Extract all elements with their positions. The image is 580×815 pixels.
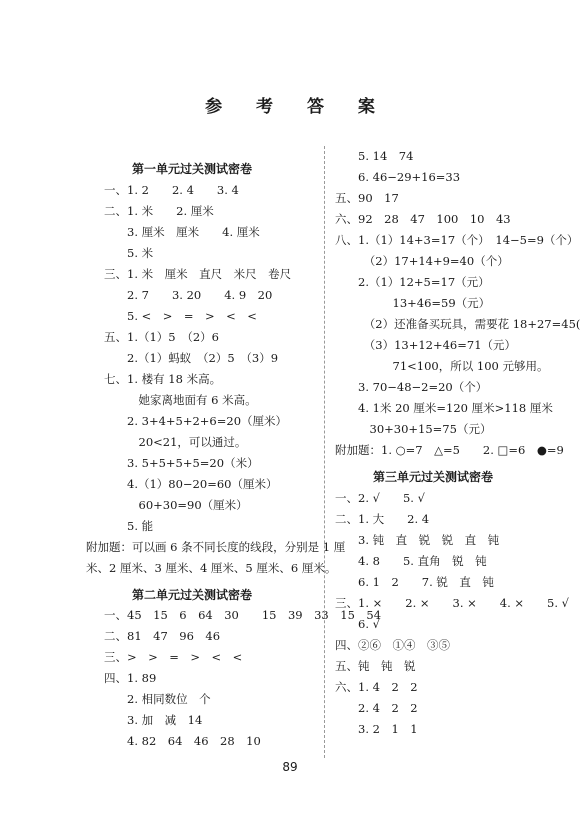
answer-line: 五、90 17 — [335, 191, 399, 205]
answer-line: 3. 5+5+5+5=20（米） — [104, 456, 259, 470]
answer-line: 4.（1）80−20=60（厘米） — [104, 477, 277, 491]
answer-line: 2. 4 2 2 — [335, 701, 418, 715]
answer-line: 四、②⑥ ①④ ③⑤ — [335, 638, 450, 652]
answer-line: 二、1. 大 2. 4 — [335, 512, 429, 526]
answer-line: 6. 1 2 7. 锐 直 钝 — [335, 575, 494, 589]
answer-line: 4. 82 64 46 28 10 — [104, 734, 261, 748]
answer-line: 2.（1）蚂蚁 （2）5 （3）9 — [104, 351, 278, 365]
answer-line: 五、钝 钝 锐 — [335, 659, 416, 673]
answer-line: 一、2. √ 5. √ — [335, 491, 425, 505]
answer-line: 三、> > = > < < — [104, 650, 242, 664]
answer-line: （2）还准备买玩具，需要花 18+27=45(元)。 — [335, 317, 580, 331]
answer-line: 4. 1米 20 厘米=120 厘米>118 厘米 — [335, 401, 553, 415]
answer-line: 八、1.（1）14+3=17（个） 14−5=9（个） — [335, 233, 578, 247]
answer-line: 一、1. 2 2. 4 3. 4 — [104, 183, 239, 197]
answer-line: （3）13+12+46=71（元） — [335, 338, 516, 352]
answer-line: 附加题：可以画 6 条不同长度的线段，分别是 1 厘 — [86, 540, 345, 554]
answer-line: 她家离地面有 6 米高。 — [104, 393, 257, 407]
answer-line: 5. 14 74 — [335, 149, 413, 163]
answer-line: 5. 能 — [104, 519, 153, 533]
answer-line: 六、1. 4 2 2 — [335, 680, 418, 694]
column-divider — [324, 146, 325, 758]
answer-line: 二、1. 米 2. 厘米 — [104, 204, 214, 218]
answer-line: 3. 70−48−2=20（个） — [335, 380, 487, 394]
answer-line: 2. 3+4+5+2+6=20（厘米） — [104, 414, 287, 428]
answer-line: 3. 2 1 1 — [335, 722, 418, 736]
answer-line: 七、1. 楼有 18 米高。 — [104, 372, 221, 386]
unit1-title: 第一单元过关测试密卷 — [132, 160, 252, 177]
answer-line: 71<100，所以 100 元够用。 — [335, 359, 548, 373]
answer-line: 20<21，可以通过。 — [104, 435, 246, 449]
answer-line: 3. 钝 直 锐 锐 直 钝 — [335, 533, 499, 547]
answer-line: 6. √ — [335, 617, 380, 631]
unit2-title: 第二单元过关测试密卷 — [132, 586, 252, 603]
answer-line: 30+30+15=75（元） — [335, 422, 491, 436]
answer-line: 4. 8 5. 直角 锐 钝 — [335, 554, 487, 568]
answer-line: 附加题：1. ○=7 △=5 2. □=6 ●=9 — [335, 443, 564, 457]
answer-line: 6. 46−29+16=33 — [335, 170, 460, 184]
page-number: 89 — [0, 760, 580, 774]
answer-line: 二、81 47 96 46 — [104, 629, 220, 643]
answer-line: 3. 加 减 14 — [104, 713, 202, 727]
answer-line: 5. 米 — [104, 246, 153, 260]
answer-line: 2. 相同数位 个 — [104, 692, 211, 706]
answer-line: 五、1.（1）5 （2）6 — [104, 330, 219, 344]
unit3-title: 第三单元过关测试密卷 — [373, 468, 493, 485]
answer-line: 米、2 厘米、3 厘米、4 厘米、5 厘米、6 厘米。 — [86, 561, 336, 575]
answer-line: 三、1. × 2. × 3. × 4. × 5. √ — [335, 596, 569, 610]
page-title: 参 考 答 案 — [0, 92, 580, 117]
answer-line: （2）17+14+9=40（个） — [335, 254, 509, 268]
answer-line: 60+30=90（厘米） — [104, 498, 248, 512]
answer-line: 2.（1）12+5=17（元） — [335, 275, 490, 289]
answer-line: 六、92 28 47 100 10 43 — [335, 212, 511, 226]
answer-line: 三、1. 米 厘米 直尺 米尺 卷尺 — [104, 267, 291, 281]
answer-line: 5. < > = > < < — [104, 309, 257, 323]
answer-line: 2. 7 3. 20 4. 9 20 — [104, 288, 272, 302]
answer-line: 13+46=59（元） — [335, 296, 490, 310]
answer-line: 3. 厘米 厘米 4. 厘米 — [104, 225, 260, 239]
answer-line: 四、1. 89 — [104, 671, 156, 685]
